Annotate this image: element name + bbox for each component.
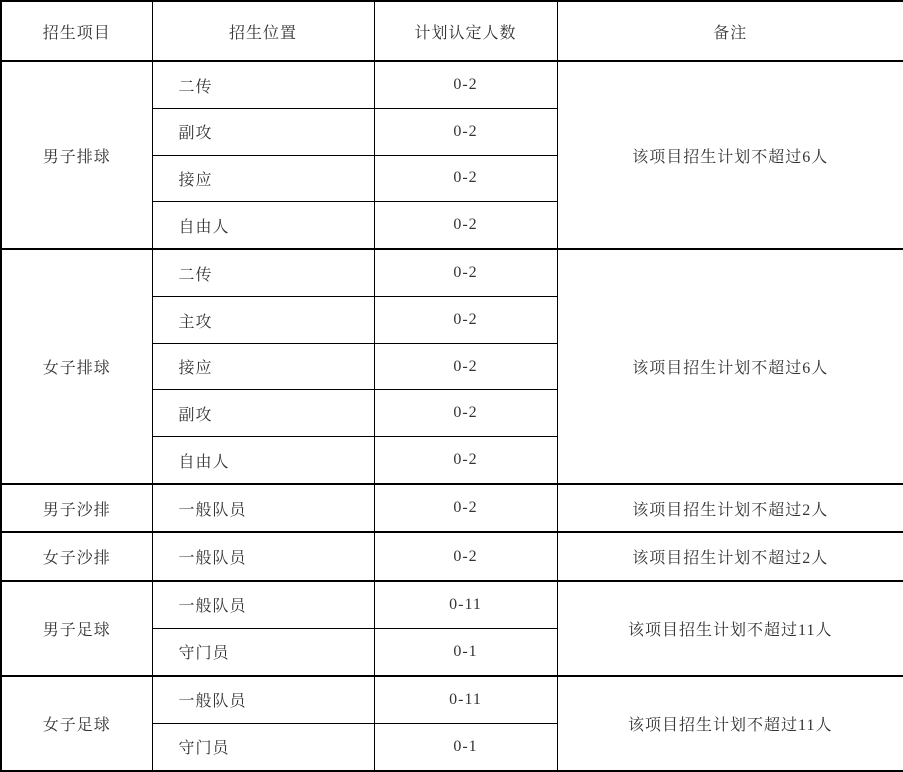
count-cell: 0-2 <box>374 249 557 297</box>
count-cell: 0-2 <box>374 61 557 109</box>
header-count: 计划认定人数 <box>374 1 557 61</box>
table-row: 男子沙排 一般队员 0-2 该项目招生计划不超过2人 <box>1 484 903 532</box>
note-womens-beach-volleyball: 该项目招生计划不超过2人 <box>557 532 903 580</box>
note-womens-football: 该项目招生计划不超过11人 <box>557 676 903 771</box>
table-row: 女子沙排 一般队员 0-2 该项目招生计划不超过2人 <box>1 532 903 580</box>
table-row: 女子足球 一般队员 0-11 该项目招生计划不超过11人 <box>1 676 903 724</box>
position-cell: 自由人 <box>152 202 374 250</box>
position-cell: 一般队员 <box>152 581 374 629</box>
position-cell: 副攻 <box>152 390 374 437</box>
count-cell: 0-2 <box>374 297 557 344</box>
project-womens-football: 女子足球 <box>1 676 152 771</box>
header-position: 招生位置 <box>152 1 374 61</box>
project-mens-football: 男子足球 <box>1 581 152 676</box>
count-cell: 0-2 <box>374 484 557 532</box>
note-mens-beach-volleyball: 该项目招生计划不超过2人 <box>557 484 903 532</box>
count-cell: 0-2 <box>374 155 557 202</box>
count-cell: 0-2 <box>374 109 557 156</box>
table-row: 女子排球 二传 0-2 该项目招生计划不超过6人 <box>1 249 903 297</box>
project-mens-beach-volleyball: 男子沙排 <box>1 484 152 532</box>
position-cell: 接应 <box>152 343 374 390</box>
project-womens-beach-volleyball: 女子沙排 <box>1 532 152 580</box>
count-cell: 0-11 <box>374 676 557 724</box>
header-project: 招生项目 <box>1 1 152 61</box>
note-mens-football: 该项目招生计划不超过11人 <box>557 581 903 676</box>
count-cell: 0-2 <box>374 390 557 437</box>
position-cell: 副攻 <box>152 109 374 156</box>
project-mens-volleyball: 男子排球 <box>1 61 152 249</box>
position-cell: 一般队员 <box>152 484 374 532</box>
note-womens-volleyball: 该项目招生计划不超过6人 <box>557 249 903 484</box>
count-cell: 0-1 <box>374 628 557 676</box>
position-cell: 自由人 <box>152 437 374 485</box>
header-row: 招生项目 招生位置 计划认定人数 备注 <box>1 1 903 61</box>
count-cell: 0-2 <box>374 532 557 580</box>
enrollment-table-page: 招生项目 招生位置 计划认定人数 备注 男子排球 二传 0-2 该项目招生计划不… <box>0 0 903 772</box>
position-cell: 主攻 <box>152 297 374 344</box>
enrollment-table: 招生项目 招生位置 计划认定人数 备注 男子排球 二传 0-2 该项目招生计划不… <box>0 0 903 772</box>
count-cell: 0-1 <box>374 723 557 771</box>
position-cell: 接应 <box>152 155 374 202</box>
note-mens-volleyball: 该项目招生计划不超过6人 <box>557 61 903 249</box>
count-cell: 0-11 <box>374 581 557 629</box>
position-cell: 守门员 <box>152 723 374 771</box>
header-note: 备注 <box>557 1 903 61</box>
position-cell: 一般队员 <box>152 676 374 724</box>
project-womens-volleyball: 女子排球 <box>1 249 152 484</box>
count-cell: 0-2 <box>374 343 557 390</box>
position-cell: 一般队员 <box>152 532 374 580</box>
position-cell: 二传 <box>152 249 374 297</box>
position-cell: 守门员 <box>152 628 374 676</box>
count-cell: 0-2 <box>374 437 557 485</box>
table-row: 男子排球 二传 0-2 该项目招生计划不超过6人 <box>1 61 903 109</box>
table-row: 男子足球 一般队员 0-11 该项目招生计划不超过11人 <box>1 581 903 629</box>
count-cell: 0-2 <box>374 202 557 250</box>
position-cell: 二传 <box>152 61 374 109</box>
